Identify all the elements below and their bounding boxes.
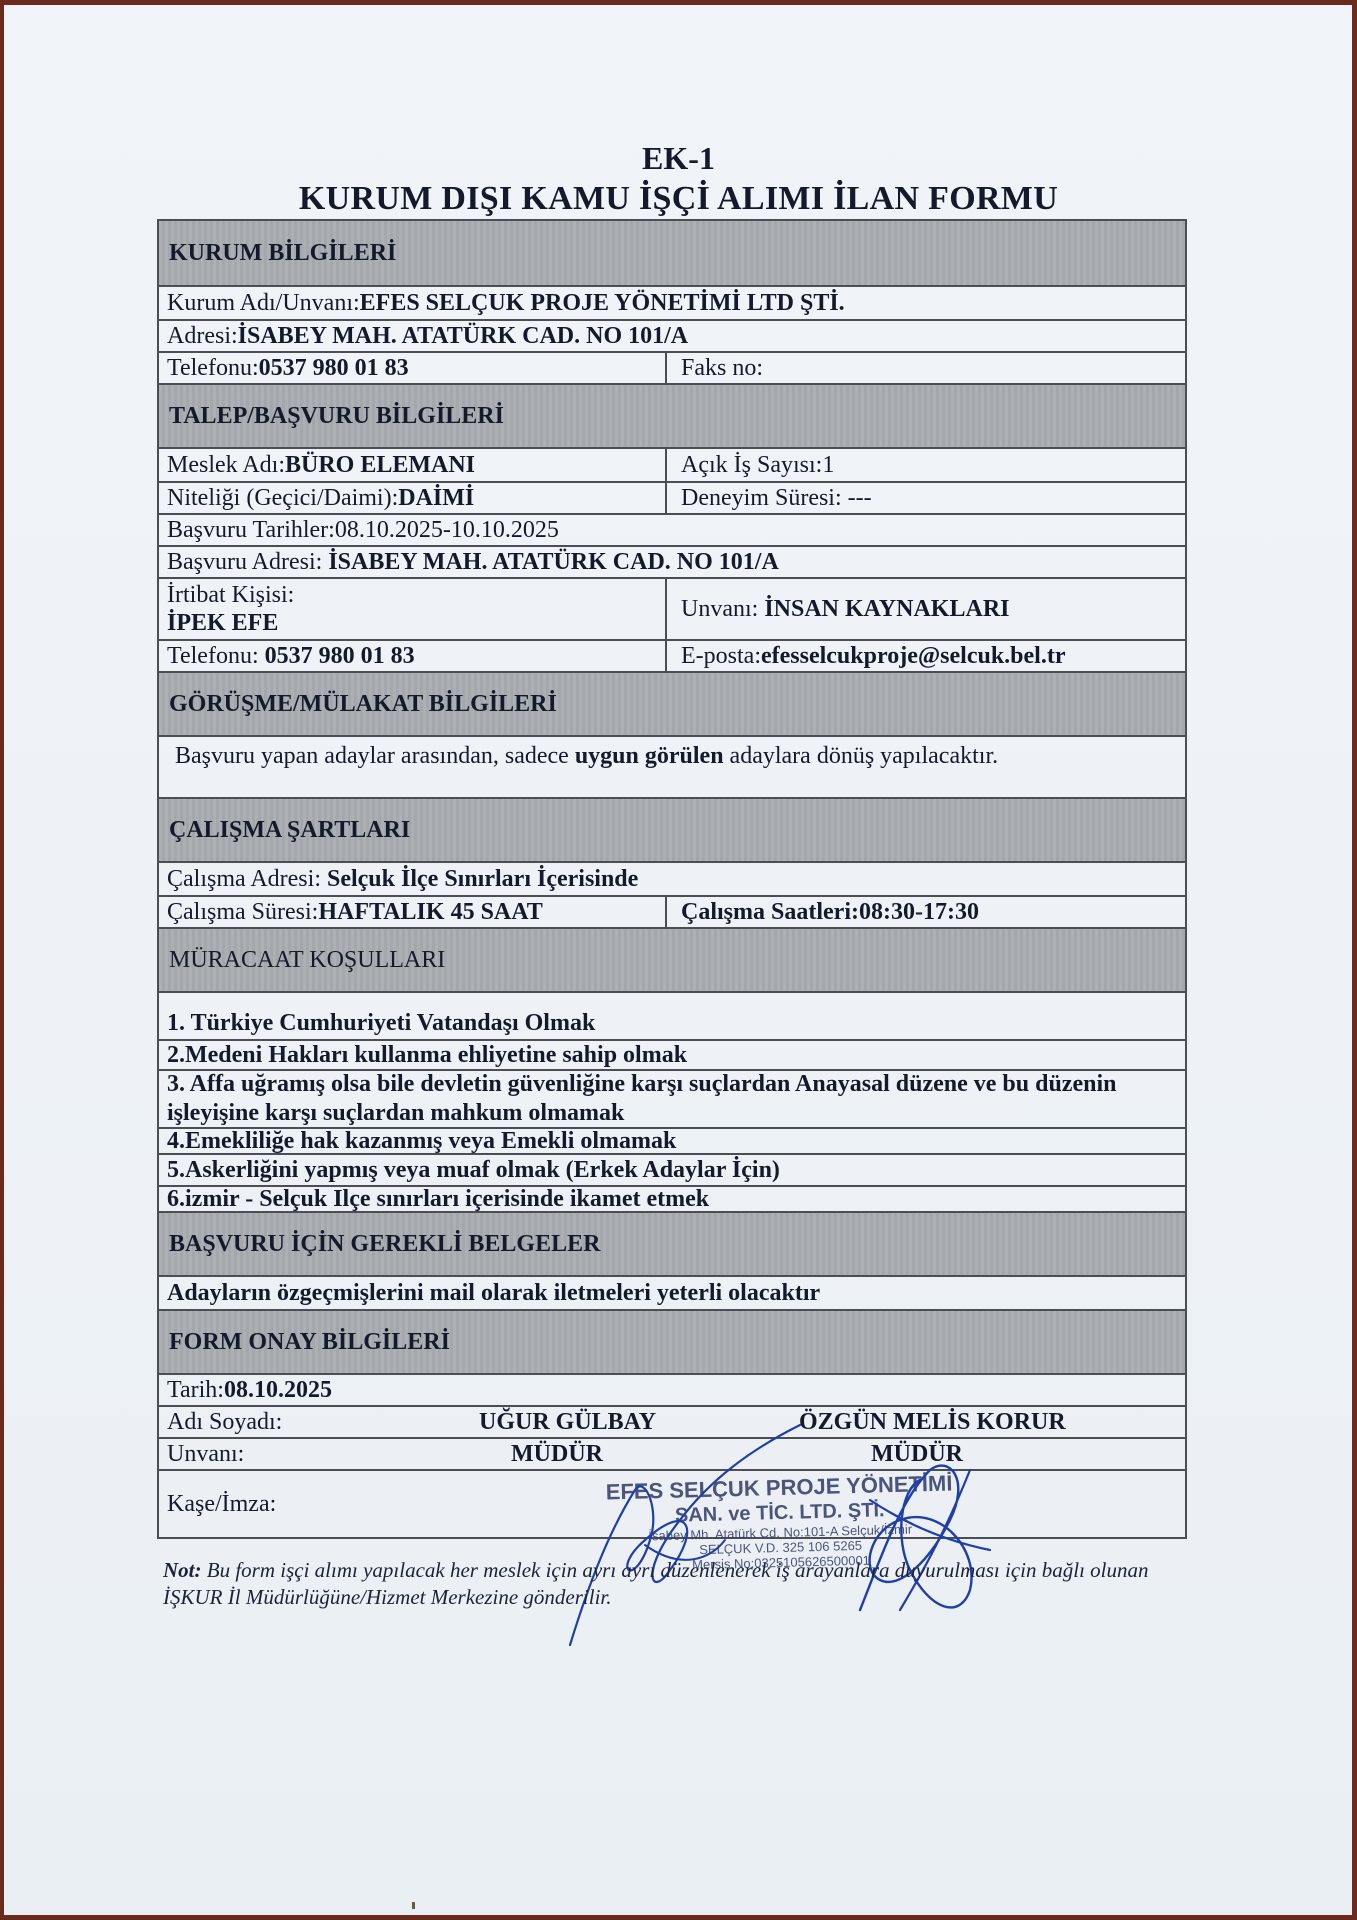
signer-2-name: ÖZGÜN MELİS KORUR [799, 1409, 1066, 1436]
note-text: Bu form işçi alımı yapılacak her meslek … [163, 1558, 1149, 1609]
condition-text: 3. Affa uğramış olsa bile devletin güven… [159, 1071, 1185, 1127]
row-iletisim: Telefonu: 0537 980 01 83 E-posta:efessel… [159, 639, 1185, 671]
section-heading: FORM ONAY BİLGİLERİ [159, 1311, 1185, 1373]
field-value: 08.10.2025 [224, 1377, 332, 1404]
field-value: 0537 980 01 83 [259, 355, 409, 382]
section-gorusme: GÖRÜŞME/MÜLAKAT BİLGİLERİ [159, 671, 1185, 735]
footnote: Not: Bu form işçi alımı yapılacak her me… [163, 1557, 1213, 1611]
field-label: Unvanı: [167, 1441, 244, 1468]
field-telefon: Telefonu:0537 980 01 83 [159, 353, 667, 383]
field-value: --- [842, 485, 872, 512]
section-heading: KURUM BİLGİLERİ [159, 221, 1185, 285]
form-title: KURUM DIŞI KAMU İŞÇİ ALIMI İLAN FORMU [0, 178, 1357, 220]
field-irtibat-telefon: Telefonu: 0537 980 01 83 [159, 641, 667, 671]
field-irtibat-kisisi: İrtibat Kişisi: İPEK EFE [159, 579, 667, 639]
field-label: Çalışma Süresi: [167, 899, 318, 926]
field-meslek-adi: Meslek Adı:BÜRO ELEMANI [159, 449, 667, 481]
section-heading: MÜRACAAT KOŞULLARI [159, 929, 1185, 991]
section-form-onay: FORM ONAY BİLGİLERİ [159, 1309, 1185, 1373]
row-gorusme-text: Başvuru yapan adaylar arasından, sadece … [159, 735, 1185, 797]
text-part: adaylara dönüş yapılacaktır. [724, 743, 999, 769]
note-label: Not: [163, 1558, 202, 1582]
field-label: Kaşe/İmza: [167, 1491, 276, 1518]
paper-speck [412, 1902, 415, 1909]
condition-item: 6.izmir - Selçuk Ilçe sınırları içerisin… [159, 1185, 1185, 1211]
row-kurum-adi: Kurum Adı/Unvanı:EFES SELÇUK PROJE YÖNET… [159, 285, 1185, 319]
field-label: Telefonu: [167, 643, 265, 670]
field-label: E-posta: [681, 643, 761, 670]
field-label: Başvuru Tarihler: [167, 517, 335, 544]
field-unvan: Unvanı: İNSAN KAYNAKLARI [667, 579, 1185, 639]
belgeler-text: Adayların özgeçmişlerini mail olarak ile… [159, 1277, 1185, 1309]
row-unvani: Unvanı: MÜDÜR MÜDÜR [159, 1437, 1185, 1469]
condition-text: 6.izmir - Selçuk Ilçe sınırları içerisin… [159, 1187, 1185, 1211]
field-kase-imza: Kaşe/İmza: [159, 1471, 1185, 1537]
row-belgeler-text: Adayların özgeçmişlerini mail olarak ile… [159, 1275, 1185, 1309]
signer-2-title: MÜDÜR [871, 1441, 963, 1468]
field-label: Başvuru Adresi: [167, 549, 328, 576]
section-heading: ÇALIŞMA ŞARTLARI [159, 799, 1185, 861]
field-acik-is-sayisi: Açık İş Sayısı:1 [667, 449, 1185, 481]
field-unvani: Unvanı: MÜDÜR MÜDÜR [159, 1439, 1185, 1469]
row-basvuru-adres: Başvuru Adresi: İSABEY MAH. ATATÜRK CAD.… [159, 545, 1185, 577]
gorusme-text: Başvuru yapan adaylar arasından, sadece … [159, 737, 1185, 797]
row-irtibat: İrtibat Kişisi: İPEK EFE Unvanı: İNSAN K… [159, 577, 1185, 639]
job-posting-form: KURUM BİLGİLERİ Kurum Adı/Unvanı:EFES SE… [157, 219, 1187, 1539]
field-label: Adresi: [167, 323, 238, 350]
field-adi-soyadi: Adı Soyadı: UĞUR GÜLBAY ÖZGÜN MELİS KORU… [159, 1407, 1185, 1437]
condition-item: 1. Türkiye Cumhuriyeti Vatandaşı Olmak [159, 991, 1185, 1039]
field-value: HAFTALIK 45 SAAT [318, 899, 542, 926]
section-talep-bilgileri: TALEP/BAŞVURU BİLGİLERİ [159, 383, 1185, 447]
field-label: Tarih: [167, 1377, 224, 1404]
row-onay-tarih: Tarih:08.10.2025 [159, 1373, 1185, 1405]
field-label: Açık İş Sayısı: [681, 452, 822, 479]
field-value: 08.10.2025-10.10.2025 [335, 517, 559, 544]
section-kurum-bilgileri: KURUM BİLGİLERİ [159, 221, 1185, 285]
field-value: İSABEY MAH. ATATÜRK CAD. NO 101/A [238, 323, 688, 350]
field-value: Selçuk İlçe Sınırları İçerisinde [327, 866, 638, 893]
field-label: Deneyim Süresi: [681, 485, 842, 512]
field-eposta: E-posta:efesselcukproje@selcuk.bel.tr [667, 641, 1185, 671]
section-heading: GÖRÜŞME/MÜLAKAT BİLGİLERİ [159, 673, 1185, 735]
condition-text: 5.Askerliğini yapmış veya muaf olmak (Er… [159, 1155, 1185, 1185]
field-label: Çalışma Adresi: [167, 866, 327, 893]
condition-item: 4.Emekliliğe hak kazanmış veya Emekli ol… [159, 1127, 1185, 1153]
condition-item: 3. Affa uğramış olsa bile devletin güven… [159, 1069, 1185, 1127]
condition-item: 2.Medeni Hakları kullanma ehliyetine sah… [159, 1039, 1185, 1069]
row-basvuru-tarih: Başvuru Tarihler:08.10.2025-10.10.2025 [159, 513, 1185, 545]
section-muracaat: MÜRACAAT KOŞULLARI [159, 927, 1185, 991]
text-emphasis: uygun görülen [575, 743, 724, 769]
field-calisma-saatleri: Çalışma Saatleri:08:30-17:30 [667, 897, 1185, 927]
field-label: Niteliği (Geçici/Daimi): [167, 485, 398, 512]
signer-1-title: MÜDÜR [511, 1441, 603, 1468]
row-adres: Adresi:İSABEY MAH. ATATÜRK CAD. NO 101/A [159, 319, 1185, 351]
email-value: efesselcukproje@selcuk.bel.tr [761, 643, 1066, 670]
annex-label: EK-1 [0, 138, 1357, 178]
condition-text: 2.Medeni Hakları kullanma ehliyetine sah… [159, 1041, 1185, 1069]
condition-text: 1. Türkiye Cumhuriyeti Vatandaşı Olmak [159, 1007, 1185, 1039]
section-belgeler: BAŞVURU İÇİN GEREKLİ BELGELER [159, 1211, 1185, 1275]
field-label: Kurum Adı/Unvanı: [167, 290, 360, 317]
field-label: Unvanı: [681, 596, 764, 623]
field-basvuru-adresi: Başvuru Adresi: İSABEY MAH. ATATÜRK CAD.… [159, 547, 1185, 577]
field-deneyim: Deneyim Süresi: --- [667, 483, 1185, 513]
field-value: BÜRO ELEMANI [285, 452, 475, 479]
field-label: Meslek Adı: [167, 452, 285, 479]
row-nitelik: Niteliği (Geçici/Daimi):DAİMİ Deneyim Sü… [159, 481, 1185, 513]
section-heading: BAŞVURU İÇİN GEREKLİ BELGELER [159, 1213, 1185, 1275]
field-value: İPEK EFE [167, 609, 278, 637]
document-header: EK-1 KURUM DIŞI KAMU İŞÇİ ALIMI İLAN FOR… [0, 138, 1357, 220]
field-label: Telefonu: [167, 355, 259, 382]
condition-item: 5.Askerliğini yapmış veya muaf olmak (Er… [159, 1153, 1185, 1185]
field-calisma-suresi: Çalışma Süresi:HAFTALIK 45 SAAT [159, 897, 667, 927]
field-label: Faks no: [681, 355, 763, 382]
text-part: Başvuru yapan adaylar arasından, sadece [175, 743, 575, 769]
field-calisma-adresi: Çalışma Adresi: Selçuk İlçe Sınırları İç… [159, 863, 1185, 895]
row-meslek: Meslek Adı:BÜRO ELEMANI Açık İş Sayısı:1 [159, 447, 1185, 481]
section-heading: TALEP/BAŞVURU BİLGİLERİ [159, 385, 1185, 447]
field-nitelik: Niteliği (Geçici/Daimi):DAİMİ [159, 483, 667, 513]
signer-1-name: UĞUR GÜLBAY [479, 1409, 656, 1436]
field-kurum-adi: Kurum Adı/Unvanı:EFES SELÇUK PROJE YÖNET… [159, 287, 1185, 319]
row-telefon-faks: Telefonu:0537 980 01 83 Faks no: [159, 351, 1185, 383]
field-faks: Faks no: [667, 353, 1185, 383]
field-value: 0537 980 01 83 [265, 643, 415, 670]
field-basvuru-tarihleri: Başvuru Tarihler:08.10.2025-10.10.2025 [159, 515, 1185, 545]
field-label: Adı Soyadı: [167, 1409, 282, 1436]
field-value: İSABEY MAH. ATATÜRK CAD. NO 101/A [328, 549, 778, 576]
section-calisma-sartlari: ÇALIŞMA ŞARTLARI [159, 797, 1185, 861]
field-value: DAİMİ [398, 485, 474, 512]
field-value: İNSAN KAYNAKLARI [764, 596, 1009, 623]
field-value: EFES SELÇUK PROJE YÖNETİMİ LTD ŞTİ. [360, 290, 845, 317]
row-adi-soyadi: Adı Soyadı: UĞUR GÜLBAY ÖZGÜN MELİS KORU… [159, 1405, 1185, 1437]
field-label: Çalışma Saatleri: [681, 899, 859, 926]
condition-text: 4.Emekliliğe hak kazanmış veya Emekli ol… [159, 1129, 1185, 1153]
field-label: İrtibat Kişisi: [167, 581, 294, 609]
field-onay-tarih: Tarih:08.10.2025 [159, 1375, 1185, 1405]
row-kase-imza: Kaşe/İmza: [159, 1469, 1185, 1537]
row-calisma-sure: Çalışma Süresi:HAFTALIK 45 SAAT Çalışma … [159, 895, 1185, 927]
row-calisma-adresi: Çalışma Adresi: Selçuk İlçe Sınırları İç… [159, 861, 1185, 895]
field-value: 1 [822, 452, 834, 479]
field-adres: Adresi:İSABEY MAH. ATATÜRK CAD. NO 101/A [159, 321, 1185, 351]
field-value: 08:30-17:30 [859, 899, 979, 926]
